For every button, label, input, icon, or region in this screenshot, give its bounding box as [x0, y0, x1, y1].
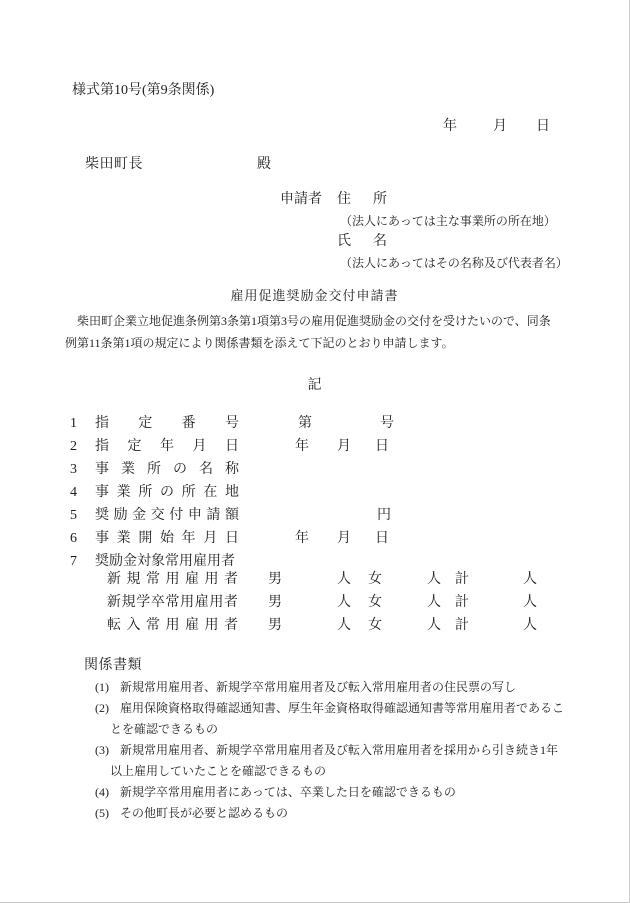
document-item: (3) 新規常用雇用者、新規学卒常用雇用者及び転入常用雇用者を採用から引き続き1…	[65, 740, 565, 782]
document-item: (1) 新規常用雇用者、新規学卒常用雇用者及び転入常用雇用者の住民票の写し	[65, 677, 565, 698]
document-item: (5) その他町長が必要と認めるもの	[65, 803, 565, 824]
item-number: 1	[70, 414, 77, 434]
documents-heading: 関係書類	[84, 656, 142, 676]
cell-persons-label: 人	[427, 616, 441, 636]
document-item-text: 雇用保険資格取得確認通知書、厚生年金資格取得確認通知書等常用雇用者であることを確…	[110, 701, 564, 736]
item-label: 事業所の名称	[95, 460, 239, 480]
date-month-label: 月	[493, 117, 507, 137]
item-value-gou: 号	[380, 414, 394, 434]
cell-female-label: 女	[368, 570, 382, 590]
cell-persons-label: 人	[337, 616, 351, 636]
item-label: 奨励金交付申請額	[95, 506, 239, 526]
document-item-number: (1)	[95, 677, 109, 698]
documents-list: (1) 新規常用雇用者、新規学卒常用雇用者及び転入常用雇用者の住民票の写し (2…	[65, 677, 565, 824]
cell-persons-label: 人	[337, 570, 351, 590]
addressee-honorific: 殿	[257, 155, 271, 175]
cell-persons-label: 人	[523, 593, 537, 613]
cell-male-label: 男	[268, 570, 282, 590]
cell-persons-label: 人	[337, 593, 351, 613]
form-number: 様式第10号(第9条関係)	[72, 81, 214, 101]
cell-female-label: 女	[368, 593, 382, 613]
record-marker: 記	[0, 374, 629, 394]
document-item-text: 新規常用雇用者、新規学卒常用雇用者及び転入常用雇用者を採用から引き続き1年以上雇…	[110, 743, 558, 778]
body-paragraph: 柴田町企業立地促進条例第3条第1項第3号の雇用促進奨励金の交付を受けたいので、同…	[65, 310, 560, 354]
item-label: 指定番号	[95, 414, 239, 434]
item-value-month: 月	[337, 437, 351, 457]
document-title: 雇用促進奨励金交付申請書	[0, 285, 629, 304]
cell-female-label: 女	[368, 616, 382, 636]
document-item-number: (5)	[95, 803, 109, 824]
cell-persons-label: 人	[427, 570, 441, 590]
document-item-number: (4)	[95, 782, 109, 803]
document-item-number: (3)	[95, 740, 109, 761]
item-number: 7	[70, 552, 77, 572]
employee-row-label: 新規常用雇用者	[107, 570, 238, 590]
document-item: (4) 新規学卒常用雇用者にあっては、卒業した日を確認できるもの	[65, 782, 565, 803]
cell-total-label: 計	[455, 593, 469, 613]
item-value-month: 月	[337, 529, 351, 549]
document-item: (2) 雇用保険資格取得確認通知書、厚生年金資格取得確認通知書等常用雇用者である…	[65, 698, 565, 740]
applicant-name-note: （法人にあってはその名称及び代表者名）	[340, 253, 568, 273]
cell-total-label: 計	[455, 616, 469, 636]
employee-row-label: 転入常用雇用者	[107, 616, 238, 636]
addressee-name: 柴田町長	[85, 155, 143, 175]
date-day-label: 日	[536, 117, 550, 137]
employee-row-label: 新規学卒常用雇用者	[107, 593, 238, 613]
item-label: 事業所の所在地	[95, 483, 239, 503]
item-number: 2	[70, 437, 77, 457]
cell-persons-label: 人	[427, 593, 441, 613]
cell-persons-label: 人	[523, 570, 537, 590]
item-value-year: 年	[295, 437, 309, 457]
document-item-text: 新規常用雇用者、新規学卒常用雇用者及び転入常用雇用者の住民票の写し	[120, 680, 516, 694]
document-item-number: (2)	[95, 698, 109, 719]
item-value-day: 日	[375, 437, 389, 457]
item-number: 5	[70, 506, 77, 526]
item-label: 奨励金対象常用雇用者	[95, 552, 235, 572]
applicant-name-label: 氏名	[337, 232, 387, 252]
document-item-text: 新規学卒常用雇用者にあっては、卒業した日を確認できるもの	[120, 785, 456, 799]
item-value-day: 日	[375, 529, 389, 549]
cell-persons-label: 人	[523, 616, 537, 636]
date-year-label: 年	[443, 117, 457, 137]
application-form-page: 様式第10号(第9条関係) 年 月 日 柴田町長 殿 申請者 住所 （法人にあっ…	[0, 0, 630, 903]
cell-total-label: 計	[455, 570, 469, 590]
applicant-address-note: （法人にあっては主な事業所の所在地）	[340, 211, 556, 231]
item-label: 指定年月日	[95, 437, 239, 457]
item-value-yen: 円	[377, 506, 391, 526]
item-number: 4	[70, 483, 77, 503]
item-number: 3	[70, 460, 77, 480]
document-item-text: その他町長が必要と認めるもの	[120, 806, 288, 820]
item-value-dai: 第	[298, 414, 312, 434]
cell-male-label: 男	[268, 593, 282, 613]
item-value-year: 年	[295, 529, 309, 549]
item-label: 事業開始年月日	[95, 529, 239, 549]
applicant-label: 申請者	[280, 190, 322, 210]
applicant-address-label: 住所	[337, 190, 387, 210]
item-number: 6	[70, 529, 77, 549]
cell-male-label: 男	[268, 616, 282, 636]
